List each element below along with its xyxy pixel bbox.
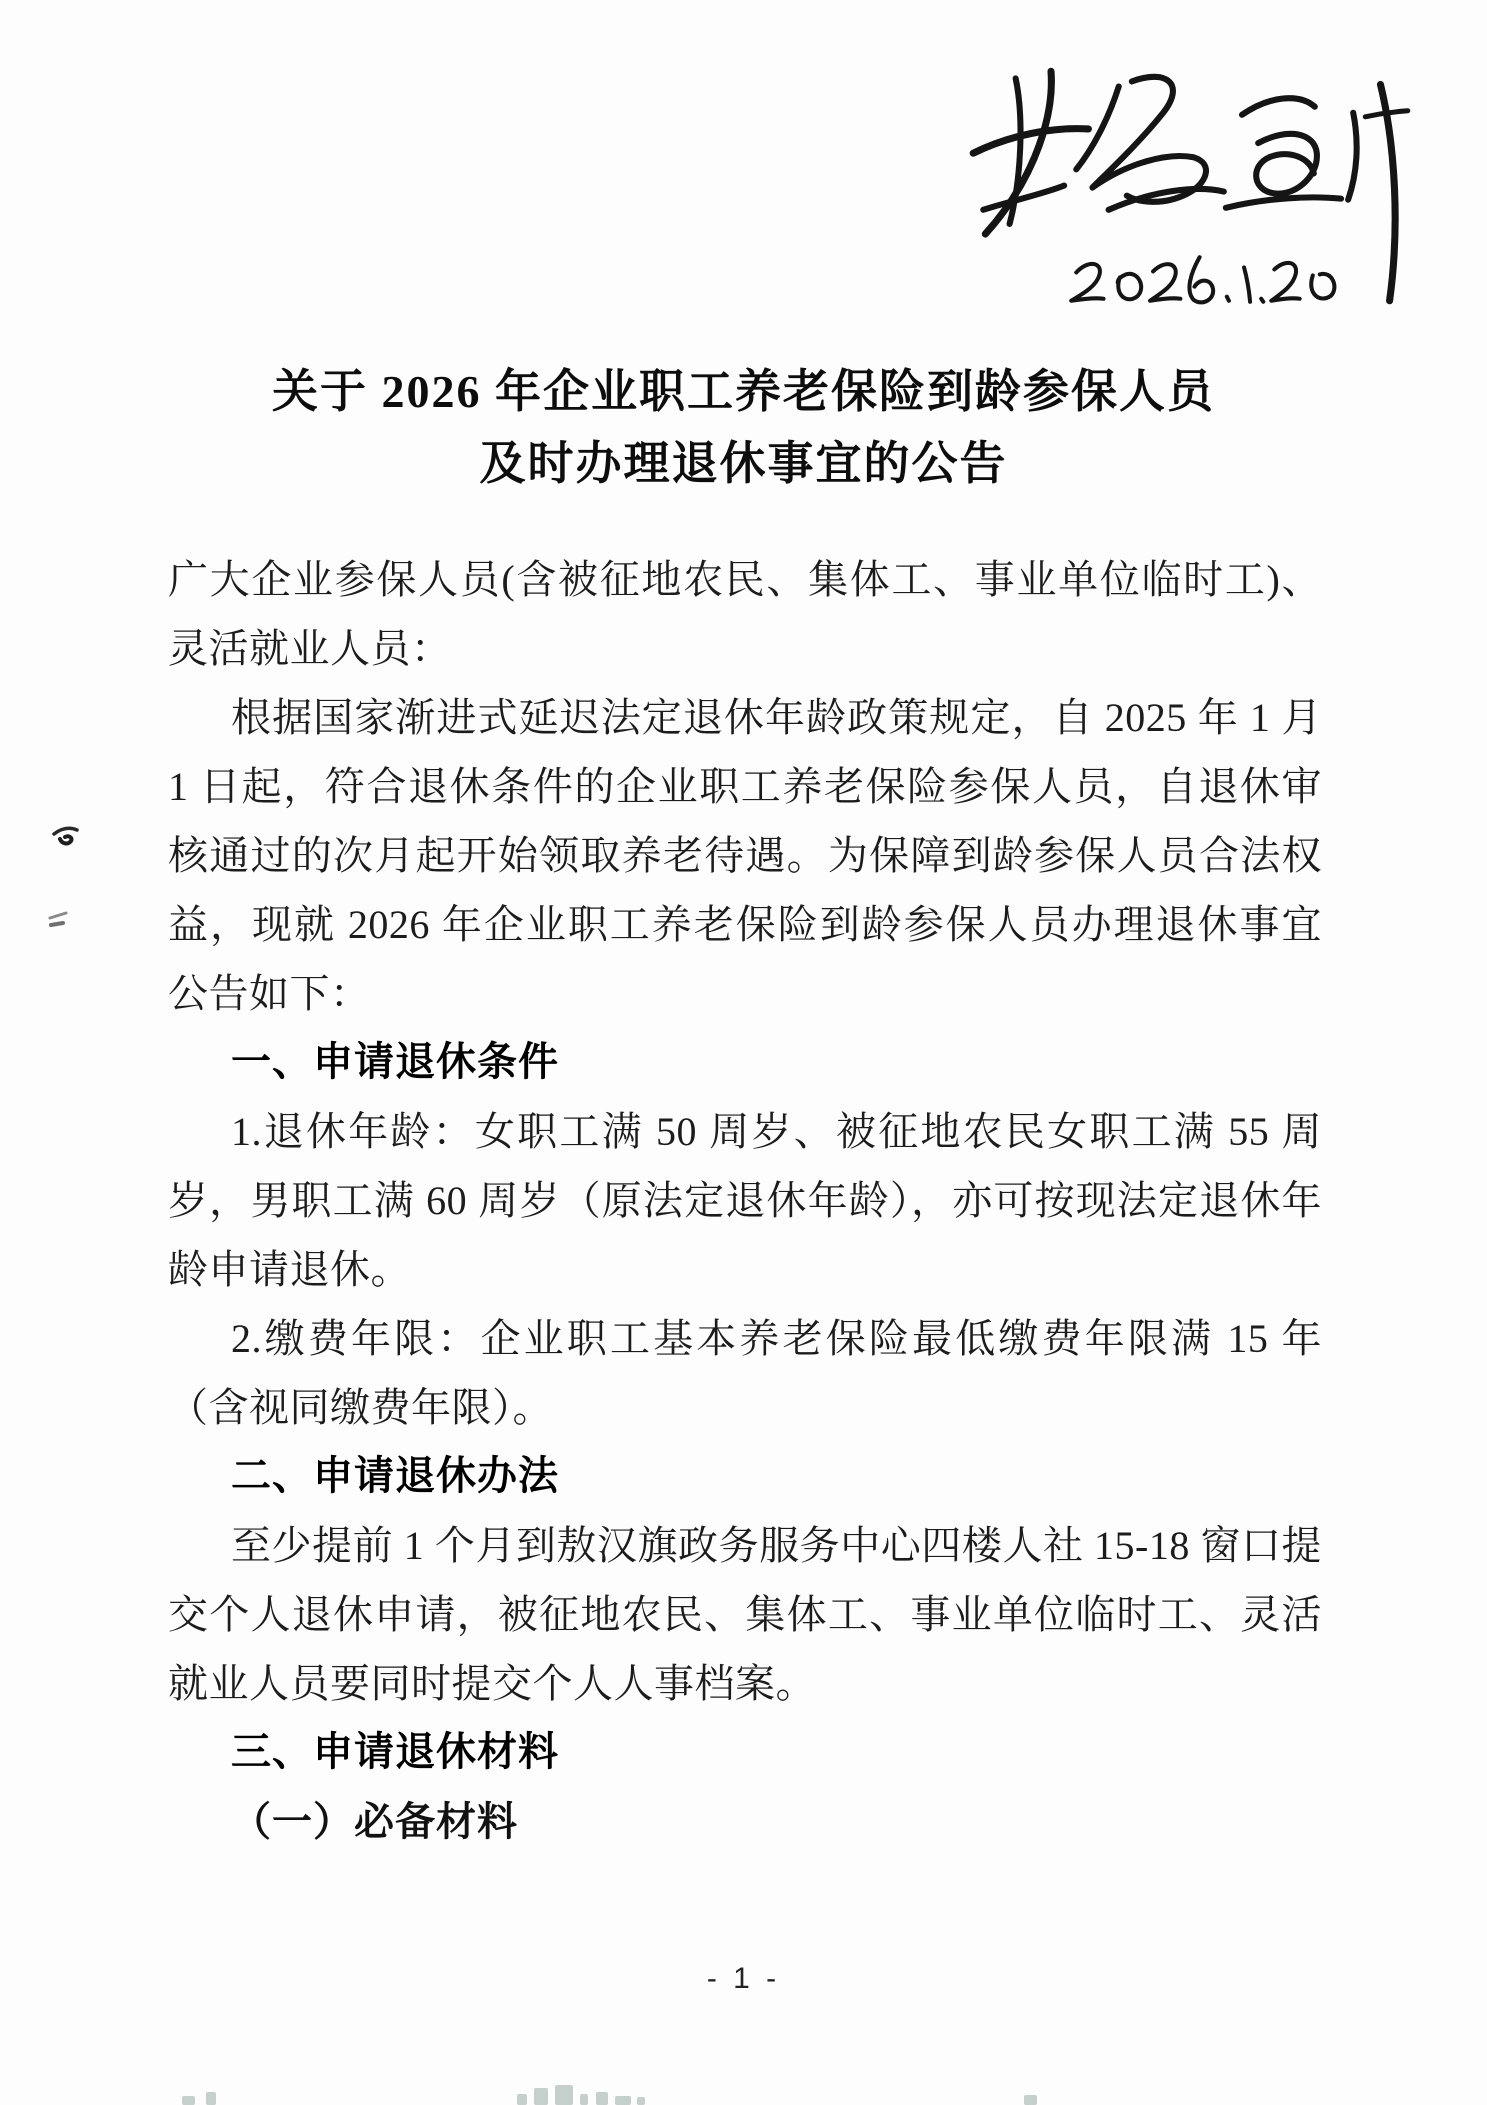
page-number: - 1 -: [0, 1962, 1487, 1996]
handwritten-signature: [955, 55, 1430, 310]
section-2-heading: 二、申请退休办法: [168, 1442, 1322, 1511]
section-2-paragraph: 至少提前 1 个月到敖汉旗政务服务中心四楼人社 15-18 窗口提交个人退休申请…: [168, 1511, 1322, 1718]
section-1-item-2: 2.缴费年限：企业职工基本养老保险最低缴费年限满 15 年（含视同缴费年限）。: [168, 1304, 1322, 1442]
scan-edge-fragments: [0, 2085, 1487, 2105]
margin-ink-mark: [46, 910, 74, 932]
intro-paragraph: 根据国家渐进式延迟法定退休年龄政策规定，自 2025 年 1 月 1 日起，符合…: [168, 683, 1322, 1028]
document-title: 关于 2026 年企业职工养老保险到龄参保人员 及时办理退休事宜的公告: [0, 356, 1487, 500]
section-1-item-1: 1.退休年龄：女职工满 50 周岁、被征地农民女职工满 55 周岁，男职工满 6…: [168, 1097, 1322, 1304]
document-body: 广大企业参保人员(含被征地农民、集体工、事业单位临时工)、灵活就业人员： 根据国…: [168, 545, 1322, 1856]
title-line-1: 关于 2026 年企业职工养老保险到龄参保人员: [0, 356, 1487, 428]
salutation-paragraph: 广大企业参保人员(含被征地农民、集体工、事业单位临时工)、灵活就业人员：: [168, 545, 1322, 683]
section-1-heading: 一、申请退休条件: [168, 1028, 1322, 1097]
section-3-subheading: （一）必备材料: [168, 1787, 1322, 1856]
title-line-2: 及时办理退休事宜的公告: [0, 428, 1487, 500]
margin-ink-mark: [50, 822, 82, 850]
scanned-notice-page: 关于 2026 年企业职工养老保险到龄参保人员 及时办理退休事宜的公告 广大企业…: [0, 0, 1487, 2105]
section-3-heading: 三、申请退休材料: [168, 1718, 1322, 1787]
signature-scribble-icon: [955, 55, 1430, 310]
signature-date-scribble: [1071, 257, 1334, 302]
